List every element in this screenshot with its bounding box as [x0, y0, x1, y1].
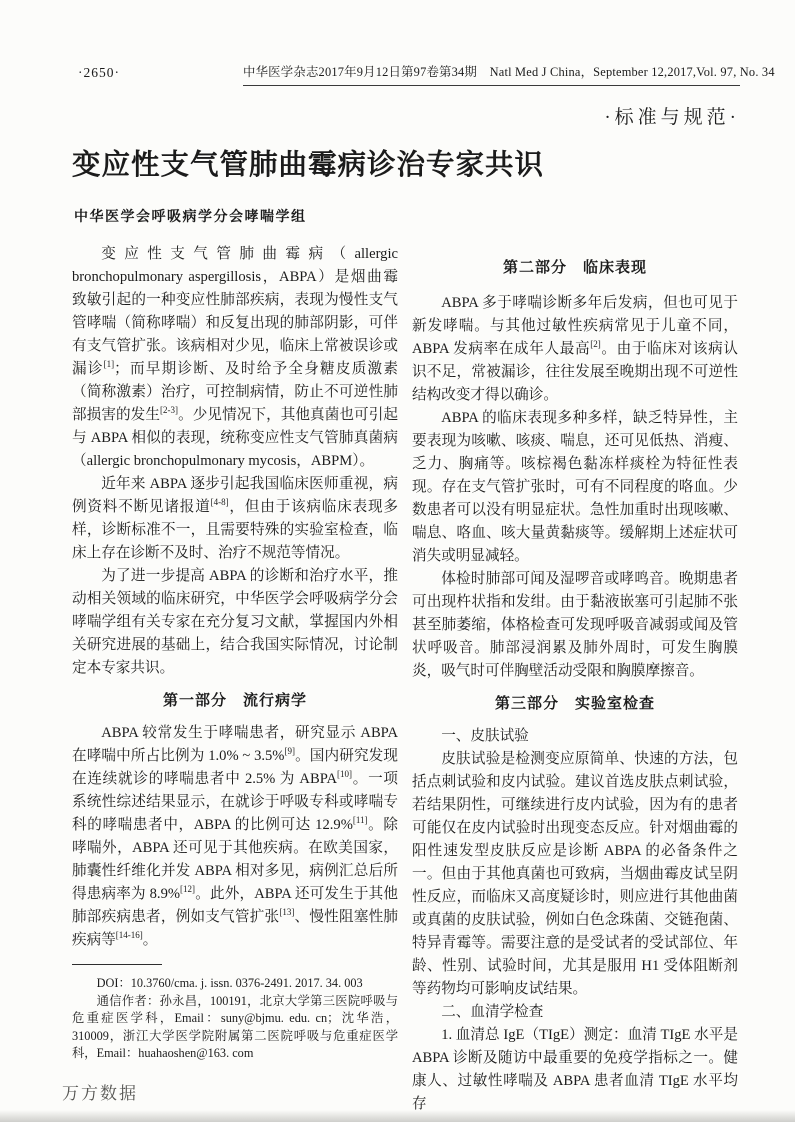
footnote-divider [72, 964, 162, 965]
journal-citation-header: 中华医学杂志2017年9月12日第97卷第34期 Natl Med J Chin… [243, 62, 740, 86]
part2-paragraph-1: ABPA 多于哮喘诊断多年后发病，但也可见于新发哮喘。与其他过敏性疾病常见于儿童… [412, 292, 738, 407]
part1-heading: 第一部分 流行病学 [72, 689, 398, 712]
left-column: 变应性支气管肺曲霉病（allergic bronchopulmonary asp… [72, 243, 398, 952]
wanfang-data-watermark: 万方数据 [62, 1079, 138, 1104]
page-number: ·2650· [78, 65, 120, 81]
article-author-group: 中华医学会呼吸病学分会哮喘学组 [74, 206, 307, 226]
part2-paragraph-3: 体检时肺部可闻及湿啰音或哮鸣音。晚期患者可出现杵状指和发绀。由于黏液嵌塞可引起肺… [412, 568, 738, 683]
part3-subsection2-title: 二、血清学检查 [412, 1001, 738, 1024]
correspondence-note: 通信作者：孙永昌，100191，北京大学第三医院呼吸与危重症医学科，Email：… [72, 993, 398, 1063]
right-column: 第二部分 临床表现 ABPA 多于哮喘诊断多年后发病，但也可见于新发哮喘。与其他… [412, 243, 738, 1116]
intro-paragraph-2: 近年来 ABPA 逐步引起我国临床医师重视，病例资料不断见诸报道[4-8]，但由… [72, 473, 398, 565]
footnote-block: DOI：10.3760/cma. j. issn. 0376-2491. 201… [72, 964, 398, 1063]
intro-paragraph-1: 变应性支气管肺曲霉病（allergic bronchopulmonary asp… [72, 243, 398, 473]
part3-heading: 第三部分 实验室检查 [412, 692, 738, 715]
scan-edge-shadow [0, 1110, 795, 1122]
intro-paragraph-3: 为了进一步提高 ABPA 的诊断和治疗水平，推动相关领域的临床研究，中华医学会呼… [72, 565, 398, 680]
part3-subsection1-paragraph: 皮肤试验是检测变应原简单、快速的方法，包括点刺试验和皮内试验。建议首选皮肤点刺试… [412, 748, 738, 1001]
journal-page: ·2650· 中华医学杂志2017年9月12日第97卷第34期 Natl Med… [0, 0, 795, 1122]
part2-heading: 第二部分 临床表现 [412, 256, 738, 279]
part3-subsection1-title: 一、皮肤试验 [412, 725, 738, 748]
part1-paragraph-1: ABPA 较常发生于哮喘患者，研究显示 ABPA 在哮喘中所占比例为 1.0% … [72, 722, 398, 952]
column-section-label: ·标准与规范· [604, 102, 740, 129]
part2-paragraph-2: ABPA 的临床表现多种多样，缺乏特异性，主要表现为咳嗽、咳痰、喘息，还可见低热… [412, 407, 738, 568]
doi-line: DOI：10.3760/cma. j. issn. 0376-2491. 201… [72, 975, 398, 993]
part3-subsection2-paragraph: 1. 血清总 IgE（TIgE）测定：血清 TIgE 水平是 ABPA 诊断及随… [412, 1024, 738, 1116]
article-title: 变应性支气管肺曲霉病诊治专家共识 [72, 142, 544, 183]
